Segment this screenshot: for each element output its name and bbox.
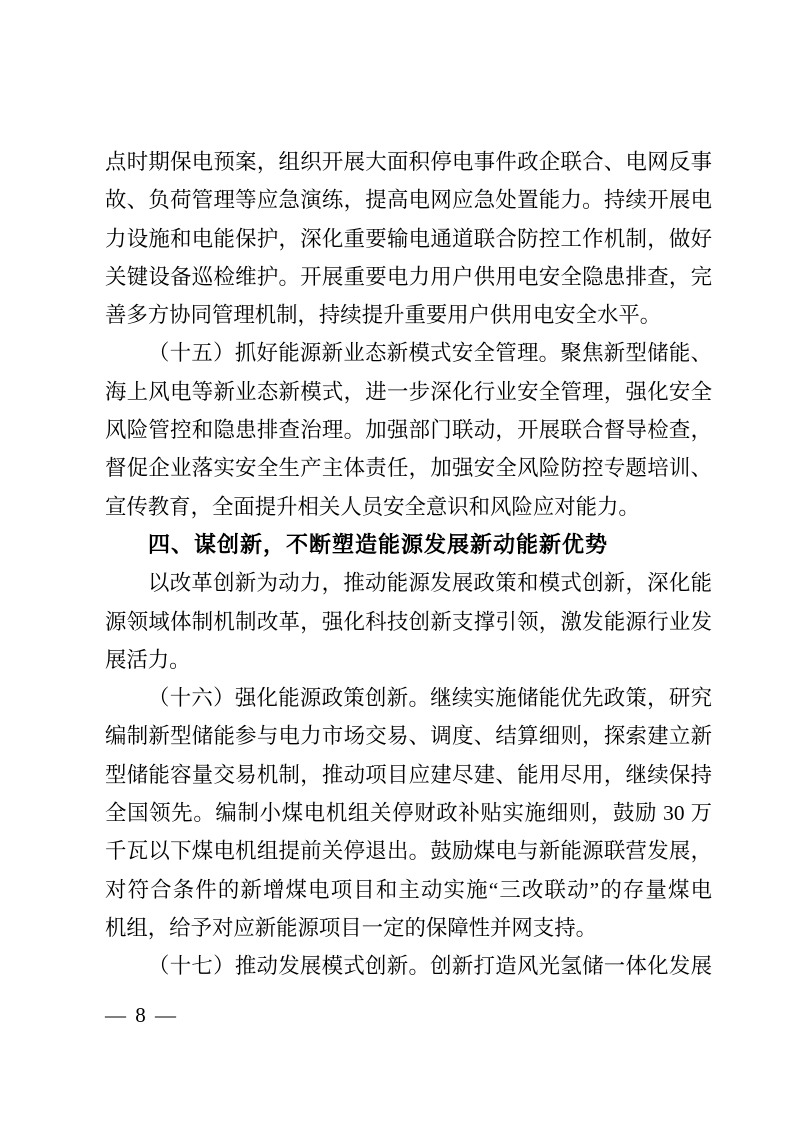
text-line: 以改革创新为动力，推动能源发展政策和模式创新，深化能 — [105, 564, 712, 602]
text-line: （十六）强化能源政策创新。继续实施储能优先政策，研究 — [105, 679, 712, 717]
text-line: 源领域体制机制改革，强化科技创新支撑引领，激发能源行业发 — [105, 603, 712, 641]
document-page: 点时期保电预案，组织开展大面积停电事件政企联合、电网反事故、负荷管理等应急演练，… — [0, 0, 794, 1123]
text-line: 督促企业落实安全生产主体责任，加强安全风险防控专题培训、 — [105, 449, 712, 487]
section-heading: 四、谋创新，不断塑造能源发展新动能新优势 — [105, 526, 712, 564]
text-line: 海上风电等新业态新模式，进一步深化行业安全管理，强化安全 — [105, 373, 712, 411]
text-line: （十七）推动发展模式创新。创新打造风光氢储一体化发展 — [105, 947, 712, 985]
text-line: 善多方协同管理机制，持续提升重要用户供用电安全水平。 — [105, 296, 712, 334]
text-line: 力设施和电能保护，深化重要输电通道联合防控工作机制，做好 — [105, 220, 712, 258]
text-line: 型储能容量交易机制，推动项目应建尽建、能用尽用，继续保持 — [105, 756, 712, 794]
text-line: 全国领先。编制小煤电机组关停财政补贴实施细则，鼓励 30 万 — [105, 794, 712, 832]
text-line: 对符合条件的新增煤电项目和主动实施“三改联动”的存量煤电 — [105, 871, 712, 909]
page-number: — 8 — — [105, 1003, 178, 1027]
text-line: 点时期保电预案，组织开展大面积停电事件政企联合、电网反事 — [105, 143, 712, 181]
text-line: 故、负荷管理等应急演练，提高电网应急处置能力。持续开展电 — [105, 181, 712, 219]
document-body: 点时期保电预案，组织开展大面积停电事件政企联合、电网反事故、负荷管理等应急演练，… — [105, 143, 712, 986]
page-footer: — 8 — — [105, 1001, 178, 1029]
text-line: （十五）抓好能源新业态新模式安全管理。聚焦新型储能、 — [105, 334, 712, 372]
text-line: 宣传教育，全面提升相关人员安全意识和风险应对能力。 — [105, 488, 712, 526]
text-line: 千瓦以下煤电机组提前关停退出。鼓励煤电与新能源联营发展， — [105, 832, 712, 870]
text-line: 关键设备巡检维护。开展重要电力用户供用电安全隐患排查，完 — [105, 258, 712, 296]
text-line: 展活力。 — [105, 641, 712, 679]
text-line: 编制新型储能参与电力市场交易、调度、结算细则，探索建立新 — [105, 717, 712, 755]
text-line: 机组，给予对应新能源项目一定的保障性并网支持。 — [105, 909, 712, 947]
text-line: 风险管控和隐患排查治理。加强部门联动，开展联合督导检查， — [105, 411, 712, 449]
